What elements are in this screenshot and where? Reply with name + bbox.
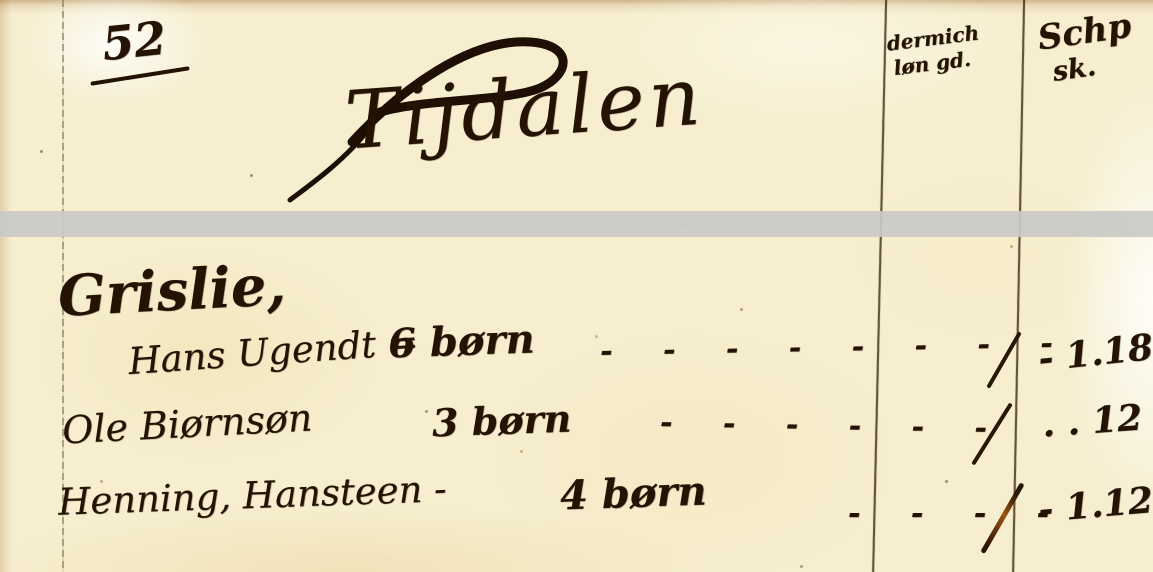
column-rule-middle: [872, 0, 887, 572]
dash-leader: - - - - - -: [660, 405, 987, 446]
redaction-band: [0, 211, 1153, 237]
entry-name: Hans Ugendt =: [127, 320, 420, 383]
fee-column-header: dermich løn gd.: [885, 21, 983, 82]
paper-specks: [40, 150, 43, 153]
manuscript-page: 52 Tijdalen dermich løn gd. Schp sk. Gri…: [0, 0, 1153, 572]
entry-name: Henning, Hansteen -: [57, 467, 447, 524]
section-heading: Grislie,: [56, 252, 287, 330]
entry-amount: . . 12: [1041, 397, 1144, 446]
entry-amount: - 1.18: [1036, 326, 1153, 380]
entry-children: 3 børn: [431, 396, 572, 446]
entry-amount: - 1.12: [1036, 479, 1153, 531]
page-number: 52: [99, 11, 168, 71]
entry-children: 4 børn: [559, 467, 707, 519]
dash-leader: - - - -: [848, 496, 1049, 531]
skilling-column-header: Schp sk.: [1035, 8, 1138, 92]
entry-name: Ole Biørnsøn: [61, 395, 313, 452]
page-title: Tijdalen: [342, 50, 707, 168]
entry-children: 6 børn: [387, 315, 535, 367]
dash-leader: - - - - - - - -: [600, 326, 1053, 369]
